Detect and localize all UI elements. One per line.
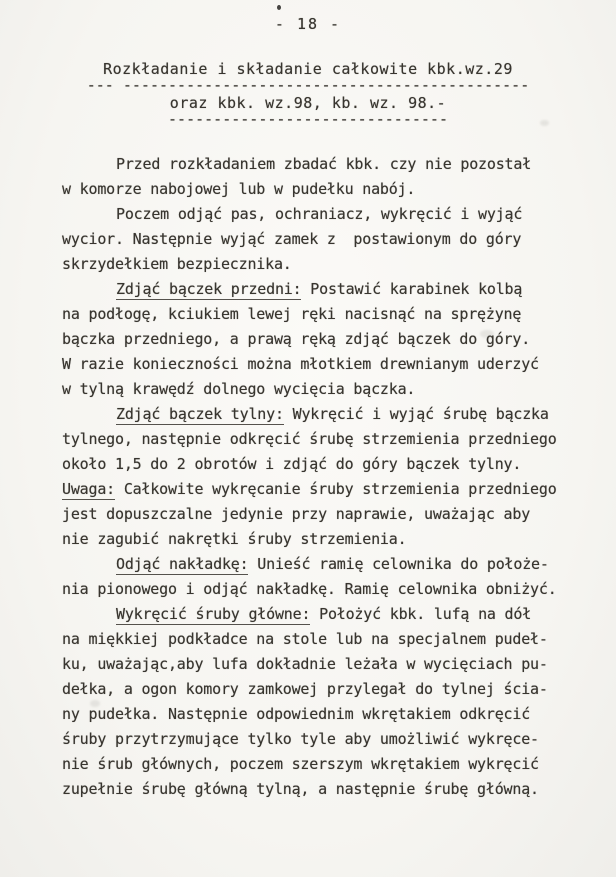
text-line: na miękkiej podkładce na stole lub na sp… — [62, 628, 606, 653]
text-segment: śruby przytrzymujące tylko tyle aby umoż… — [62, 730, 539, 748]
text-segment: Wykręcić i wyjąć śrubę bączka — [284, 405, 549, 423]
text-line: około 1,5 do 2 obrotów i zdjąć do góry b… — [62, 453, 606, 478]
text-segment: nie zagubić nakrętki śruby strzemienia. — [62, 530, 406, 548]
text-line: bączka przedniego, a prawą ręką zdjąć bą… — [62, 328, 606, 353]
text-line: ny pudełka. Następnie odpowiednim wkręta… — [62, 703, 606, 728]
title-underline-2: ------------------------------- — [0, 113, 616, 128]
text-segment: zupełnie śrubę główną tylną, a następnie… — [62, 780, 539, 798]
page-number: - 18 - — [0, 0, 616, 33]
text-segment: W razie konieczności można młotkiem drew… — [62, 355, 539, 373]
text-segment: nia pionowego i odjąć nakładkę. Ramię ce… — [62, 580, 557, 598]
text-segment: wycior. Następnie wyjąć zamek z postawio… — [62, 230, 521, 248]
text-line: Zdjąć bączek tylny: Wykręcić i wyjąć śru… — [62, 403, 606, 428]
text-line: Zdjąć bączek przedni: Postawić karabinek… — [62, 278, 606, 303]
text-line: zupełnie śrubę główną tylną, a następnie… — [62, 778, 606, 803]
underlined-heading: Uwaga: — [62, 480, 115, 500]
document-title-block: Rozkładanie i składanie całkowite kbk.wz… — [0, 60, 616, 128]
text-line: na podłogę, kciukiem lewej ręki nacisnąć… — [62, 303, 606, 328]
text-segment: Poczem odjąć pas, ochraniacz, wykręcić i… — [116, 205, 522, 223]
text-line: Wykręcić śruby główne: Położyć kbk. lufą… — [62, 603, 606, 628]
text-segment: w tylną krawędź dolnego wycięcia bączka. — [62, 380, 415, 398]
text-line: Przed rozkładaniem zbadać kbk. czy nie p… — [62, 153, 606, 178]
document-title-line1: Rozkładanie i składanie całkowite kbk.wz… — [0, 60, 616, 79]
text-line: jest dopuszczalne jedynie przy naprawie,… — [62, 503, 606, 528]
underlined-heading: Odjąć nakładkę: — [116, 555, 248, 575]
text-segment: na miękkiej podkładce na stole lub na sp… — [62, 630, 548, 648]
text-segment: ku, uważając,aby lufa dokładnie leżała w… — [62, 655, 548, 673]
text-line: W razie konieczności można młotkiem drew… — [62, 353, 606, 378]
text-segment: w komorze nabojowej lub w pudełku nabój. — [62, 180, 415, 198]
text-line: ku, uważając,aby lufa dokładnie leżała w… — [62, 653, 606, 678]
text-line: Poczem odjąć pas, ochraniacz, wykręcić i… — [62, 203, 606, 228]
text-line: nie zagubić nakrętki śruby strzemienia. — [62, 528, 606, 553]
text-line: Uwaga: Całkowite wykręcanie śruby strzem… — [62, 478, 606, 503]
text-line: w tylną krawędź dolnego wycięcia bączka. — [62, 378, 606, 403]
underlined-heading: Zdjąć bączek przedni: — [116, 280, 301, 300]
text-segment: jest dopuszczalne jedynie przy naprawie,… — [62, 505, 530, 523]
text-line: w komorze nabojowej lub w pudełku nabój. — [62, 178, 606, 203]
text-segment: Unieść ramię celownika do położe- — [248, 555, 548, 573]
text-segment: około 1,5 do 2 obrotów i zdjąć do góry b… — [62, 455, 521, 473]
document-title-line2: oraz kbk. wz.98, kb. wz. 98.- — [0, 94, 616, 113]
text-segment: nie śrub głównych, poczem szerszym wkręt… — [62, 755, 539, 773]
text-segment: tylnego, następnie odkręcić śrubę strzem… — [62, 430, 557, 448]
text-segment: na podłogę, kciukiem lewej ręki nacisnąć… — [62, 305, 521, 323]
text-segment: Położyć kbk. lufą na dół — [310, 605, 531, 623]
text-segment: skrzydełkiem bezpiecznika. — [62, 255, 292, 273]
text-line: Odjąć nakładkę: Unieść ramię celownika d… — [62, 553, 606, 578]
text-segment: Całkowite wykręcanie śruby strzemienia p… — [115, 480, 557, 498]
text-line: tylnego, następnie odkręcić śrubę strzem… — [62, 428, 606, 453]
text-line: śruby przytrzymujące tylko tyle aby umoż… — [62, 728, 606, 753]
paper-smudge — [90, 700, 100, 707]
ink-speck — [277, 5, 281, 10]
text-line: nia pionowego i odjąć nakładkę. Ramię ce… — [62, 578, 606, 603]
paper-smudge — [540, 120, 549, 126]
text-segment: ny pudełka. Następnie odpowiednim wkręta… — [62, 705, 530, 723]
text-segment: bączka przedniego, a prawą ręką zdjąć bą… — [62, 330, 530, 348]
paper-smudge — [480, 330, 494, 338]
text-segment: Przed rozkładaniem zbadać kbk. czy nie p… — [116, 155, 531, 173]
text-segment: Postawić karabinek kolbą — [301, 280, 522, 298]
text-line: skrzydełkiem bezpiecznika. — [62, 253, 606, 278]
text-line: wycior. Następnie wyjąć zamek z postawio… — [62, 228, 606, 253]
text-line: dełka, a ogon komory zamkowej przylegał … — [62, 678, 606, 703]
scanned-document-page: - 18 - Rozkładanie i składanie całkowite… — [0, 0, 616, 877]
underlined-heading: Zdjąć bączek tylny: — [116, 405, 284, 425]
text-line: nie śrub głównych, poczem szerszym wkręt… — [62, 753, 606, 778]
title-underline-1: --- ------------------------------------… — [0, 79, 616, 94]
text-segment: dełka, a ogon komory zamkowej przylegał … — [62, 680, 548, 698]
underlined-heading: Wykręcić śruby główne: — [116, 605, 310, 625]
